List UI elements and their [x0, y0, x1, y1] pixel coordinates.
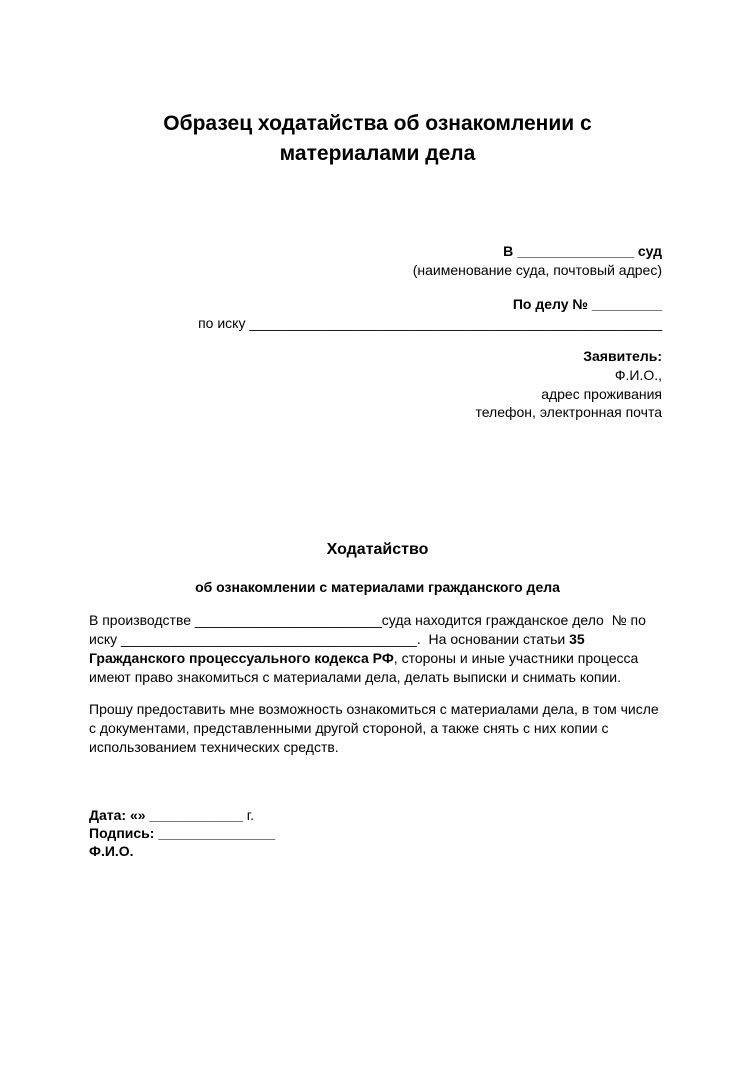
p1-line2-text: иску — [89, 631, 121, 647]
claim-line: по иску ________________________________… — [198, 314, 662, 333]
signature-label: Подпись: — [89, 825, 154, 841]
paragraph-case-info: В производстве ________________________с… — [89, 611, 669, 687]
petition-heading: Ходатайство — [0, 540, 755, 560]
applicant-name: Ф.И.О., — [615, 366, 662, 385]
court-name-blank: ________________________ — [195, 612, 382, 628]
p2-line3: использованием технических средств. — [89, 739, 339, 755]
claim-label: по иску — [198, 315, 245, 331]
case-blank: _________ — [592, 296, 662, 312]
court-hint: (наименование суда, почтовый адрес) — [413, 261, 662, 280]
document-page: Образец ходатайства об ознакомлении с ма… — [0, 0, 755, 1065]
applicant-contacts: телефон, электронная почта — [475, 403, 662, 422]
p2-line1: Прошу предоставить мне возможность ознак… — [89, 701, 659, 717]
document-title-line1: Образец ходатайства об ознакомлении с — [0, 109, 755, 139]
p1-line1-text-b: суда находится гражданское дело № по — [382, 612, 646, 628]
court-prefix: В — [503, 243, 513, 259]
petition-subheading: об ознакомлении с материалами гражданско… — [0, 578, 755, 596]
court-suffix: суд — [638, 243, 662, 259]
claim-blank: ________________________________________… — [249, 315, 662, 331]
signer-name-label: Ф.И.О. — [89, 843, 134, 859]
applicant-label: Заявитель: — [583, 347, 662, 366]
court-blank: _______________ — [517, 243, 634, 259]
document-title-line2: материалами дела — [0, 139, 755, 169]
p2-line2: с документами, представленными другой ст… — [89, 720, 609, 736]
p1-line3-text: , стороны и иные участники процесса — [394, 650, 639, 666]
date-suffix: г. — [247, 807, 254, 823]
case-number-line: По делу № _________ — [513, 295, 662, 314]
date-label: Дата: «» — [89, 807, 146, 823]
article-number: 35 — [569, 631, 585, 647]
applicant-address: адрес проживания — [541, 385, 662, 404]
court-line: В _______________ суд — [503, 242, 662, 261]
code-reference: Гражданского процессуального кодекса РФ — [89, 650, 394, 666]
p1-line4-text: имеют право знакомиться с материалами де… — [89, 669, 621, 685]
case-label: По делу № — [513, 296, 588, 312]
signature-blank: _______________ — [158, 825, 275, 841]
p1-line1-text: В производстве — [89, 612, 195, 628]
signature-block: Дата: «» ____________ г. Подпись: ______… — [89, 806, 275, 860]
date-blank: ____________ — [149, 807, 242, 823]
paragraph-request: Прошу предоставить мне возможность ознак… — [89, 700, 669, 757]
claim-blank-2: ______________________________________ — [121, 631, 417, 647]
p1-line2-text-b: . На основании статьи — [417, 631, 569, 647]
